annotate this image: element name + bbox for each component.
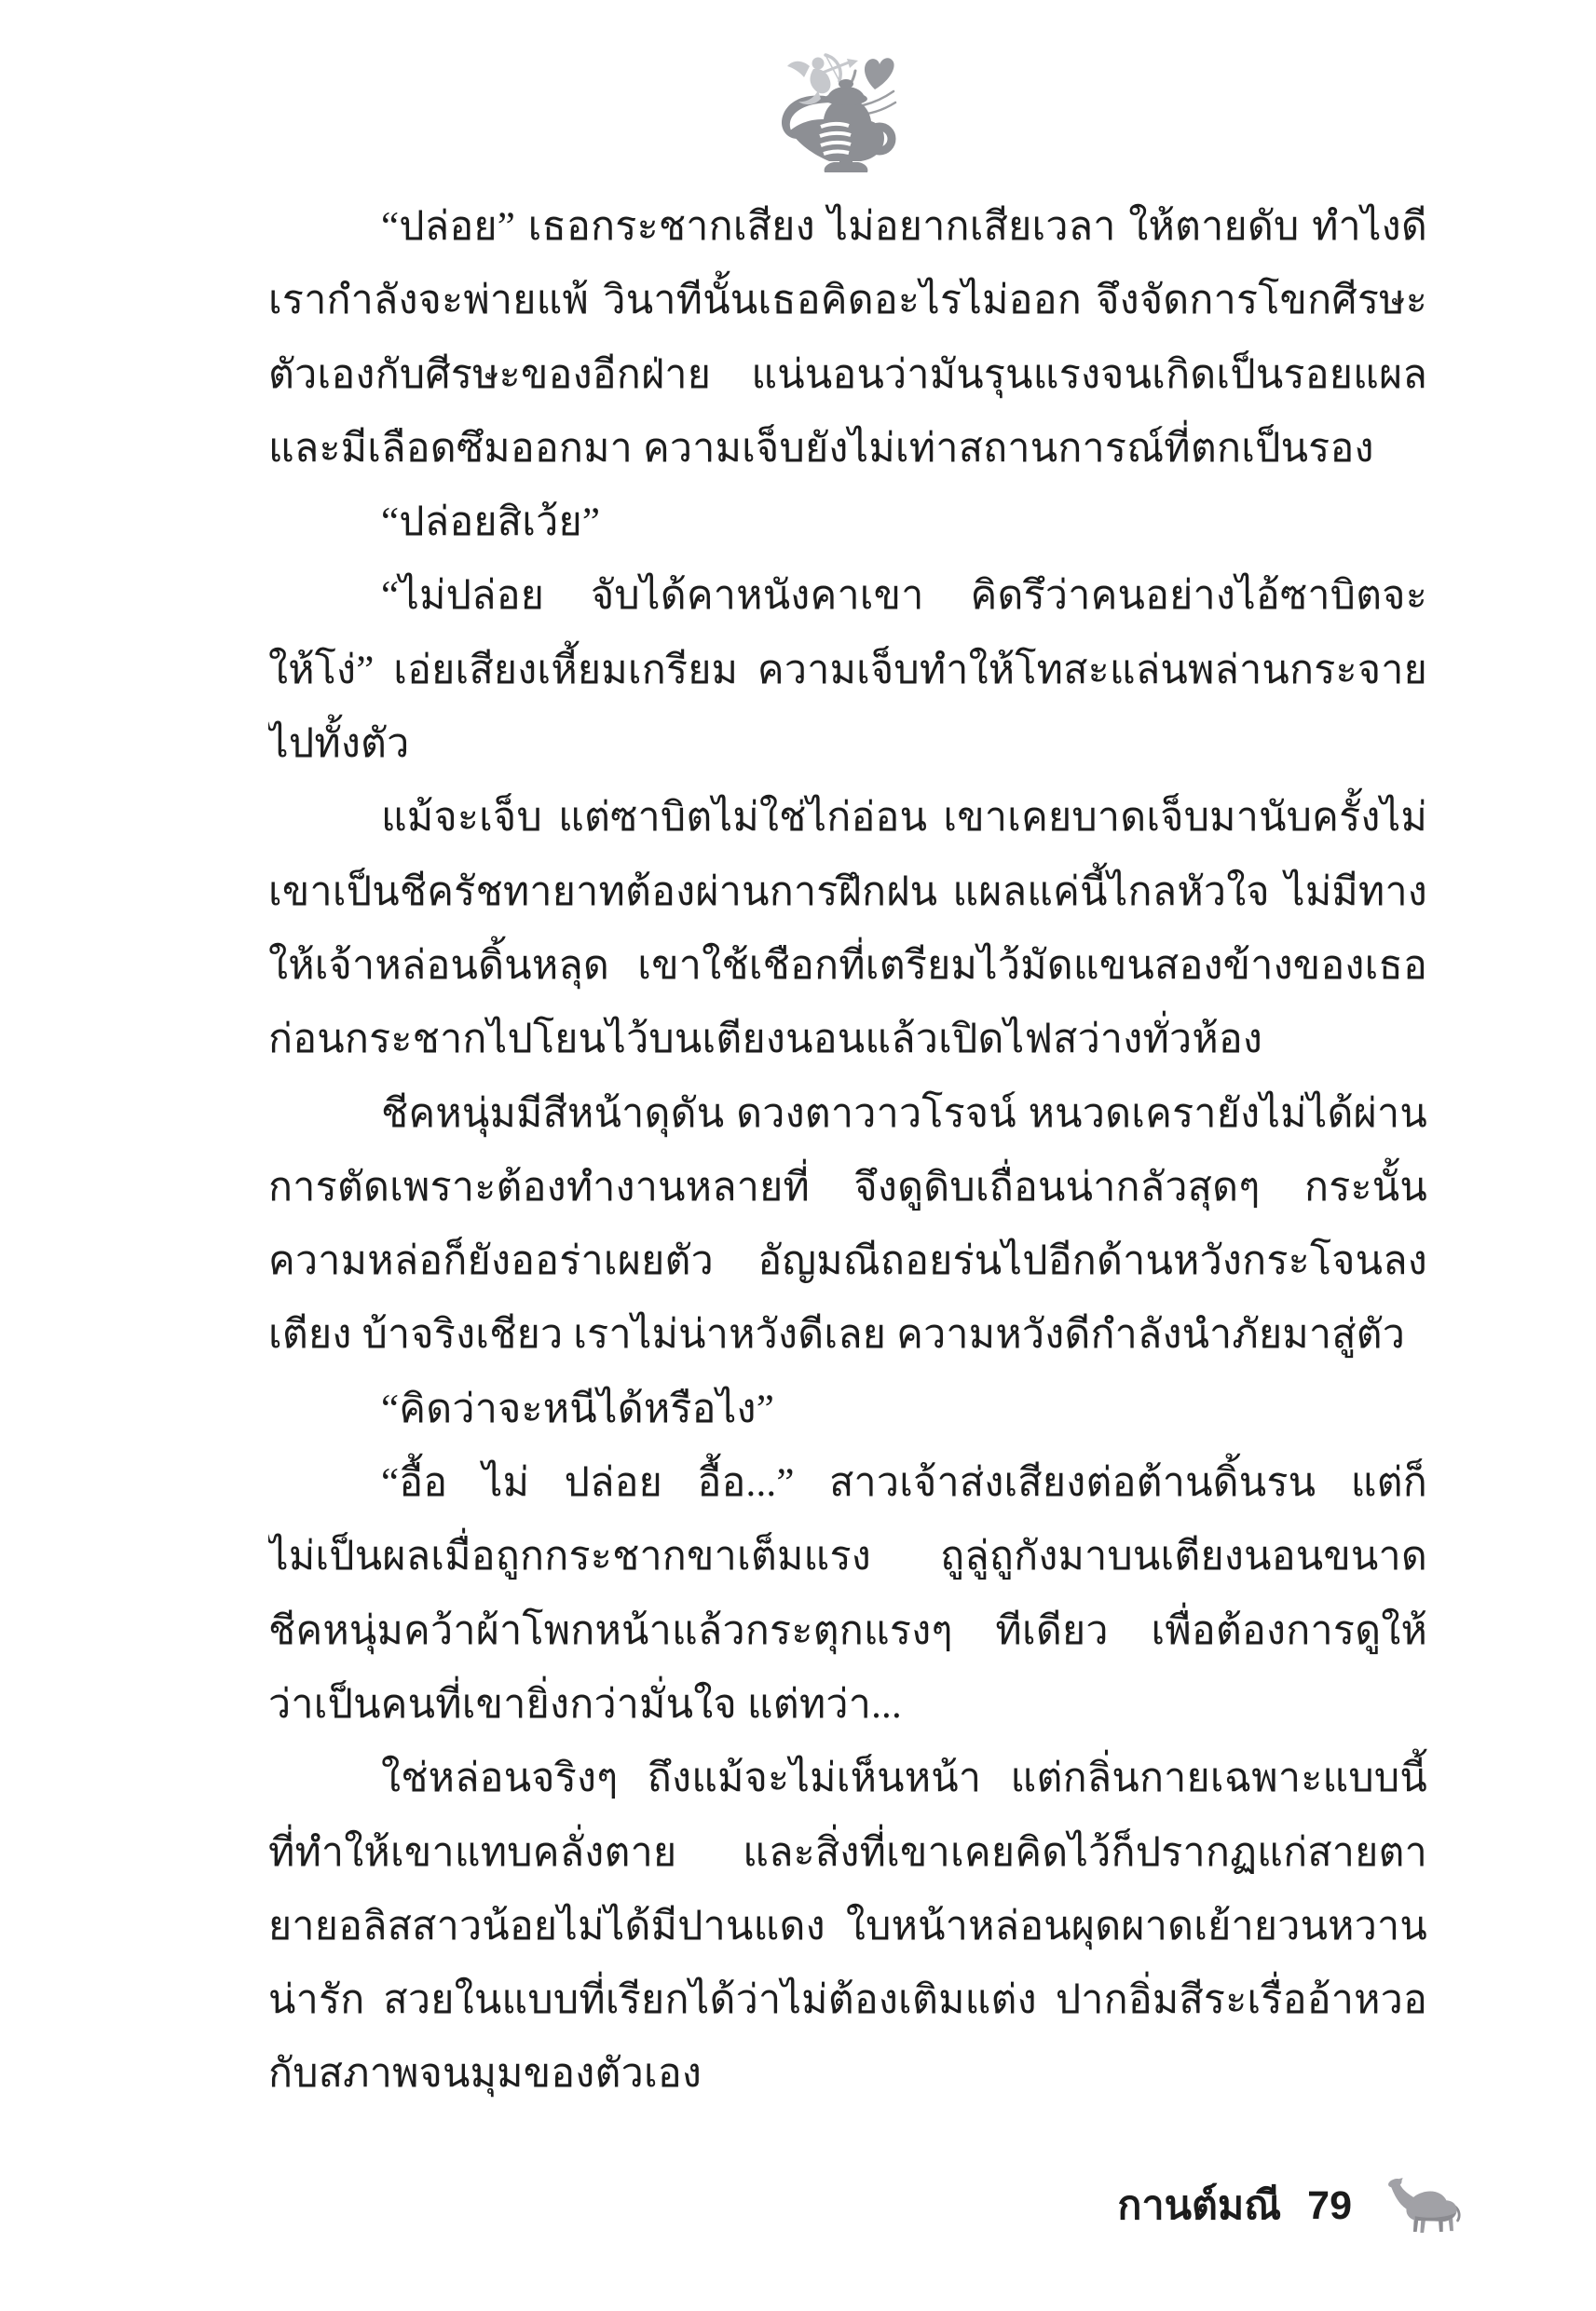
text-line: ให้เจ้าหล่อนดิ้นหลุด เขาใช้เชือกที่เตรีย… [268,929,1427,1003]
text-line: “คิดว่าจะหนีได้หรือไง” [268,1373,1427,1446]
camel-icon [1385,2177,1466,2235]
text-line: ให้โง่” เอ่ยเสียงเหี้ยมเกรียม ความเจ็บทำ… [268,634,1427,707]
text-line: ใช่หล่อนจริงๆ ถึงแม้จะไม่เห็นหน้า แต่กลิ… [268,1742,1427,1815]
text-line: ไม่เป็นผลเมื่อถูกกระชากขาเต็มแรง ถูลู่ถู… [268,1520,1427,1593]
text-line: ชีคหนุ่มคว้าผ้าโพกหน้าแล้วกระตุกแรงๆ ทีเ… [268,1594,1427,1668]
book-page: “ปล่อย” เธอกระชากเสียง ไม่อยากเสียเวลา ใ… [0,0,1596,2311]
text-line: ตัวเองกับศีรษะของอีกฝ่าย แน่นอนว่ามันรุน… [268,338,1427,412]
text-line: กับสภาพจนมุมของตัวเอง [268,2037,1427,2111]
text-line: ชีคหนุ่มมีสีหน้าดุดัน ดวงตาวาวโรจน์ หนวด… [268,1077,1427,1151]
text-line: น่ารัก สวยในแบบที่เรียกได้ว่าไม่ต้องเติม… [268,1963,1427,2037]
text-line: ความหล่อก็ยังออร่าเผยตัว อัญมณีถอยร่นไปอ… [268,1224,1427,1298]
text-line: ว่าเป็นคนที่เขายิ่งกว่ามั่นใจ แต่ทว่า... [268,1668,1427,1742]
text-line: ที่ทำให้เขาแทบคลั่งตาย และสิ่งที่เขาเคยค… [268,1816,1427,1890]
text-line: แม้จะเจ็บ แต่ซาบิตไม่ใช่ไก่อ่อน เขาเคยบา… [268,781,1427,855]
text-line: และมีเลือดซึมออกมา ความเจ็บยังไม่เท่าสถา… [268,412,1427,485]
genie-lamp-cupid-heart-ornament [776,48,907,179]
text-line: “ไม่ปล่อย จับได้คาหนังคาเขา คิดรึว่าคนอย… [268,559,1427,633]
page-number: 79 [1307,2175,1352,2236]
text-line: “ปล่อย” เธอกระชากเสียง ไม่อยากเสียเวลา ใ… [268,190,1427,264]
text-line: “อื้อ ไม่ ปล่อย อื้อ...” สาวเจ้าส่งเสียง… [268,1446,1427,1520]
text-line: การตัดเพราะต้องทำงานหลายที่ จึงดูดิบเถื่… [268,1151,1427,1224]
text-line: ก่อนกระชากไปโยนไว้บนเตียงนอนแล้วเปิดไฟสว… [268,1003,1427,1076]
running-title: กานต์มณี [1117,2175,1281,2236]
genie-lamp-icon [790,79,892,172]
text-line: เขาเป็นชีครัชทายาทต้องผ่านการฝึกฝน แผลแค… [268,855,1427,929]
text-line: ยายอลิสสาวน้อยไม่ได้มีปานแดง ใบหน้าหล่อน… [268,1890,1427,1963]
heart-icon [865,58,894,89]
text-line: เตียง บ้าจริงเชียว เราไม่น่าหวังดีเลย คว… [268,1298,1427,1372]
text-line: ไปทั้งตัว [268,707,1427,781]
text-line: เรากำลังจะพ่ายแพ้ วินาทีนั้นเธอคิดอะไรไม… [268,264,1427,337]
text-block: “ปล่อย” เธอกระชากเสียง ไม่อยากเสียเวลา ใ… [268,190,1427,2112]
page-footer: กานต์มณี 79 [1117,2175,1466,2236]
text-line: “ปล่อยสิเว้ย” [268,485,1427,559]
